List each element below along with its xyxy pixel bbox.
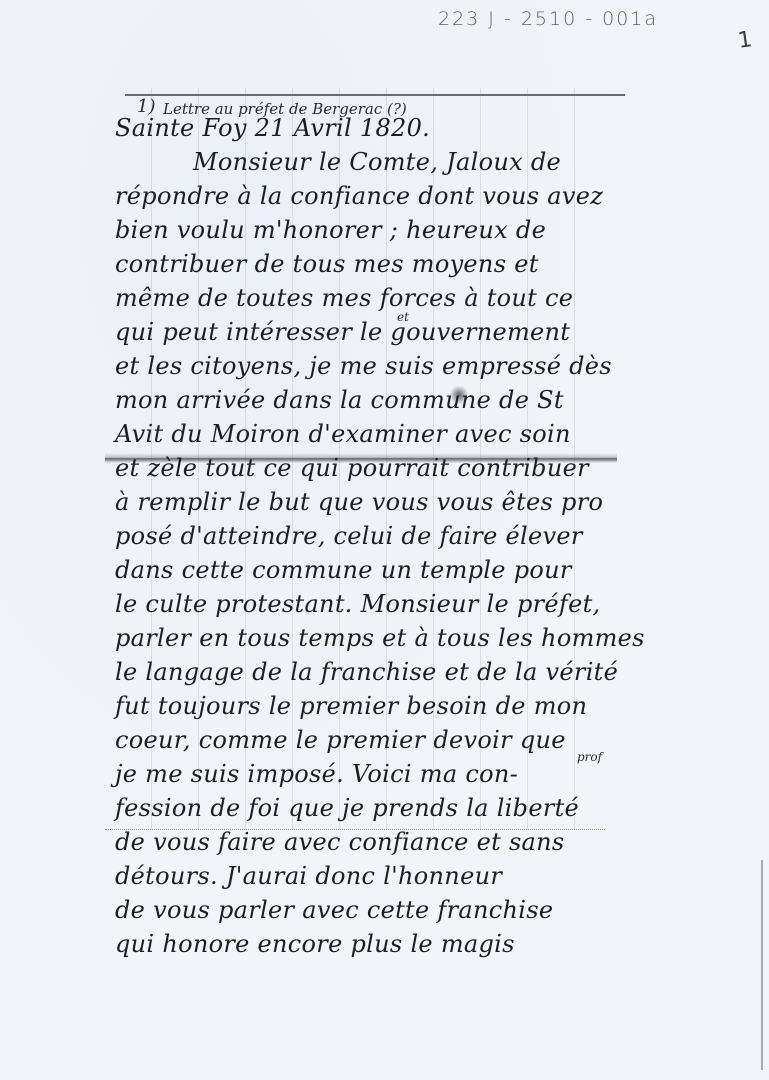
letter-line: et zèle tout ce qui pourrait contribuer — [115, 454, 589, 482]
letter-line: posé d'atteindre, celui de faire élever — [115, 522, 583, 550]
letter-line: le langage de la franchise et de la véri… — [115, 658, 618, 686]
page-number: 1 — [736, 27, 753, 54]
letter-line: bien voulu m'honorer ; heureux de — [115, 216, 546, 244]
page-edge — [761, 860, 763, 1070]
letter-line: répondre à la confiance dont vous avez — [115, 182, 603, 210]
interlinear-insertion: prof — [577, 750, 602, 764]
place-date: Sainte Foy 21 Avril 1820. — [115, 114, 430, 142]
letter-line: à remplir le but que vous vous êtes pro — [115, 488, 603, 516]
scanned-page: 223 J - 2510 - 001a 1 1) Lettre au préfe… — [0, 0, 769, 1080]
letter-line: dans cette commune un temple pour — [115, 556, 572, 584]
letter-line: fut toujours le premier besoin de mon — [115, 692, 587, 720]
archive-reference: 223 J - 2510 - 001a — [438, 8, 658, 30]
letter-line: de vous faire avec confiance et sans — [115, 828, 565, 856]
letter-line: le culte protestant. Monsieur le préfet, — [115, 590, 600, 618]
letter-line: coeur, comme le premier devoir que — [115, 726, 566, 754]
top-rule — [125, 94, 625, 96]
letter-line: qui honore encore plus le magis — [115, 930, 515, 958]
letter-line: je me suis imposé. Voici ma con- — [115, 760, 518, 788]
letter-line: fession de foi que je prends la liberté — [115, 794, 579, 822]
letter-line: même de toutes mes forces à tout ce — [115, 284, 573, 312]
letter-line: de vous parler avec cette franchise — [115, 896, 553, 924]
letter-line: et les citoyens, je me suis empressé dès — [115, 352, 612, 380]
bottom-rule — [105, 828, 605, 830]
letter-sheet: 1) Lettre au préfet de Bergerac (?) Sain… — [105, 88, 617, 830]
letter-line: Avit du Moiron d'examiner avec soin — [115, 420, 571, 448]
letter-line: mon arrivée dans la commune de St — [115, 386, 564, 414]
letter-line: détours. J'aurai donc l'honneur — [115, 862, 502, 890]
letter-line: Monsieur le Comte, Jaloux de — [193, 148, 561, 176]
letter-line: qui peut intéresser le gouvernement — [115, 318, 570, 346]
letter-line: parler en tous temps et à tous les homme… — [115, 624, 645, 652]
letter-line: contribuer de tous mes moyens et — [115, 250, 539, 278]
